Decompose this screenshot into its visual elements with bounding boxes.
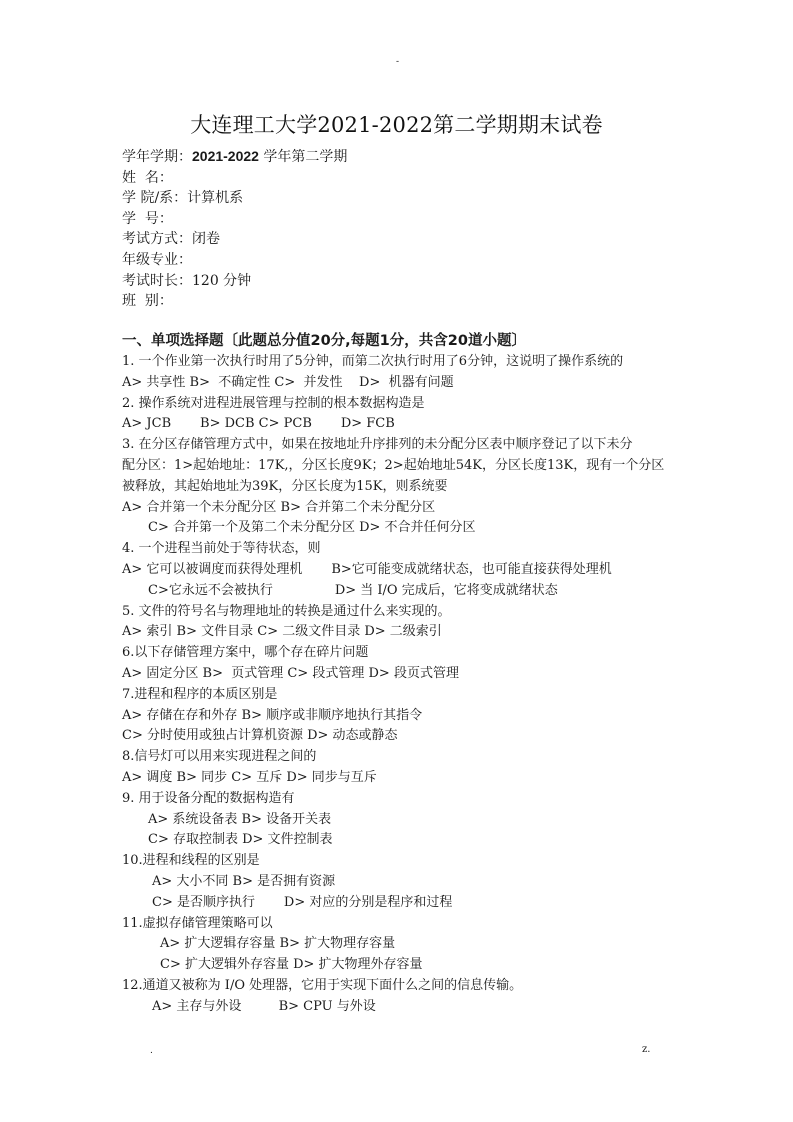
question-1-options: A> 共享性 B> 不确定性 C> 并发性 D> 机器有问题 — [122, 373, 682, 394]
exam-title: 大连理工大学2021-2022第二学期期末试卷 — [0, 112, 793, 138]
info-grade-major-label: 年级专业： — [122, 252, 192, 268]
question-10-options-cd: C> 是否顺序执行 D> 对应的分别是程序和过程 — [122, 893, 682, 914]
question-11-options-cd: C> 扩大逻辑外存容量 D> 扩大物理外存容量 — [122, 955, 682, 976]
question-3-stem-line-3: 被释放，其起始地址为39K，分区长度为15K，则系统要 — [122, 477, 682, 498]
info-exam-type-label: 考试方式： — [122, 231, 192, 247]
question-10-options-ab: A> 大小不同 B> 是否拥有资源 — [122, 872, 682, 893]
question-7-options-ab: A> 存储在存和外存 B> 顺序或非顺序地执行其指令 — [122, 706, 682, 727]
info-term-value: 2021-2022 — [192, 148, 259, 164]
info-department: 学 院/系：计算机系 — [122, 188, 347, 209]
question-7-options-cd: C> 分时使用或独占计算机资源 D> 动态或静态 — [122, 726, 682, 747]
info-department-label: 学 院/系： — [122, 190, 187, 206]
question-11-options-ab: A> 扩大逻辑存容量 B> 扩大物理存容量 — [122, 934, 682, 955]
info-duration: 考试时长：120 分钟 — [122, 271, 347, 292]
question-6-stem: 6.以下存储管理方案中，哪个存在碎片问题 — [122, 643, 682, 664]
question-2-stem: 2. 操作系统对进程进展管理与控制的根本数据构造是 — [122, 394, 682, 415]
question-1-stem: 1. 一个作业第一次执行时用了5分钟，而第二次执行时用了6分钟，这说明了操作系统… — [122, 352, 682, 373]
info-term-suffix: 学年第二学期 — [263, 149, 347, 165]
question-3-options-cd: C> 合并第一个及第二个未分配分区 D> 不合并任何分区 — [122, 518, 682, 539]
info-duration-label: 考试时长： — [122, 273, 192, 289]
question-5-options: A> 索引 B> 文件目录 C> 二级文件目录 D> 二级索引 — [122, 622, 682, 643]
question-7-stem: 7.进程和程序的本质区别是 — [122, 685, 682, 706]
question-2-options: A> JCB B> DCB C> PCB D> FCB — [122, 414, 682, 435]
section-heading: 一、单项选择题〔此题总分值20分,每题1分，共含20道小题〕 — [122, 330, 526, 352]
question-12-stem: 12.通道又被称为 I/O 处理器，它用于实现下面什么之间的信息传输。 — [122, 976, 682, 997]
footer-right-mark: z. — [642, 1044, 650, 1055]
question-4-stem: 4. 一个进程当前处于等待状态，则 — [122, 539, 682, 560]
info-name: 姓 名： — [122, 168, 347, 189]
info-name-label: 姓 名： — [122, 170, 173, 186]
question-3-options-ab: A> 合并第一个未分配分区 B> 合并第二个未分配分区 — [122, 498, 682, 519]
info-student-id: 学 号： — [122, 209, 347, 230]
question-list: 1. 一个作业第一次执行时用了5分钟，而第二次执行时用了6分钟，这说明了操作系统… — [122, 352, 682, 1018]
question-6-options: A> 固定分区 B> 页式管理 C> 段式管理 D> 段页式管理 — [122, 664, 682, 685]
question-9-stem: 9. 用于设备分配的数据构造有 — [122, 789, 682, 810]
question-4-options-cd: C>它永远不会被执行 D> 当 I/O 完成后，它将变成就绪状态 — [122, 581, 682, 602]
question-3-stem-line-2: 配分区：1>起始地址：17K,，分区长度9K；2>起始地址54K，分区长度13K… — [122, 456, 682, 477]
question-4-options-ab: A> 它可以被调度而获得处理机 B>它可能变成就绪状态，也可能直接获得处理机 — [122, 560, 682, 581]
question-8-stem: 8.信号灯可以用来实现进程之间的 — [122, 747, 682, 768]
question-10-stem: 10.进程和线程的区别是 — [122, 851, 682, 872]
question-9-options-cd: C> 存取控制表 D> 文件控制表 — [122, 830, 682, 851]
question-12-options-ab: A> 主存与外设 B> CPU 与外设 — [122, 997, 682, 1018]
question-9-options-ab: A> 系统设备表 B> 设备开关表 — [122, 810, 682, 831]
info-class: 班 别： — [122, 291, 347, 312]
question-11-stem: 11.虚拟存储管理策略可以 — [122, 914, 682, 935]
info-term: 学年学期：2021-2022 学年第二学期 — [122, 146, 347, 168]
info-term-label: 学年学期： — [122, 149, 192, 165]
info-student-id-label: 学 号： — [122, 211, 173, 227]
info-exam-type-value: 闭卷 — [192, 231, 220, 247]
page-top-mark: - — [396, 58, 399, 67]
question-5-stem: 5. 文件的符号名与物理地址的转换是通过什么来实现的。 — [122, 602, 682, 623]
exam-info-block: 学年学期：2021-2022 学年第二学期 姓 名： 学 院/系：计算机系 学 … — [122, 146, 347, 312]
footer-left-mark: . — [150, 1046, 153, 1056]
question-3-stem-line-1: 3. 在分区存储管理方式中，如果在按地址升序排列的未分配分区表中顺序登记了以下未… — [122, 435, 682, 456]
info-department-value: 计算机系 — [187, 190, 243, 206]
info-duration-value: 120 分钟 — [192, 273, 251, 289]
info-grade-major: 年级专业： — [122, 250, 347, 271]
info-exam-type: 考试方式：闭卷 — [122, 229, 347, 250]
question-8-options: A> 调度 B> 同步 C> 互斥 D> 同步与互斥 — [122, 768, 682, 789]
info-class-label: 班 别： — [122, 293, 173, 309]
